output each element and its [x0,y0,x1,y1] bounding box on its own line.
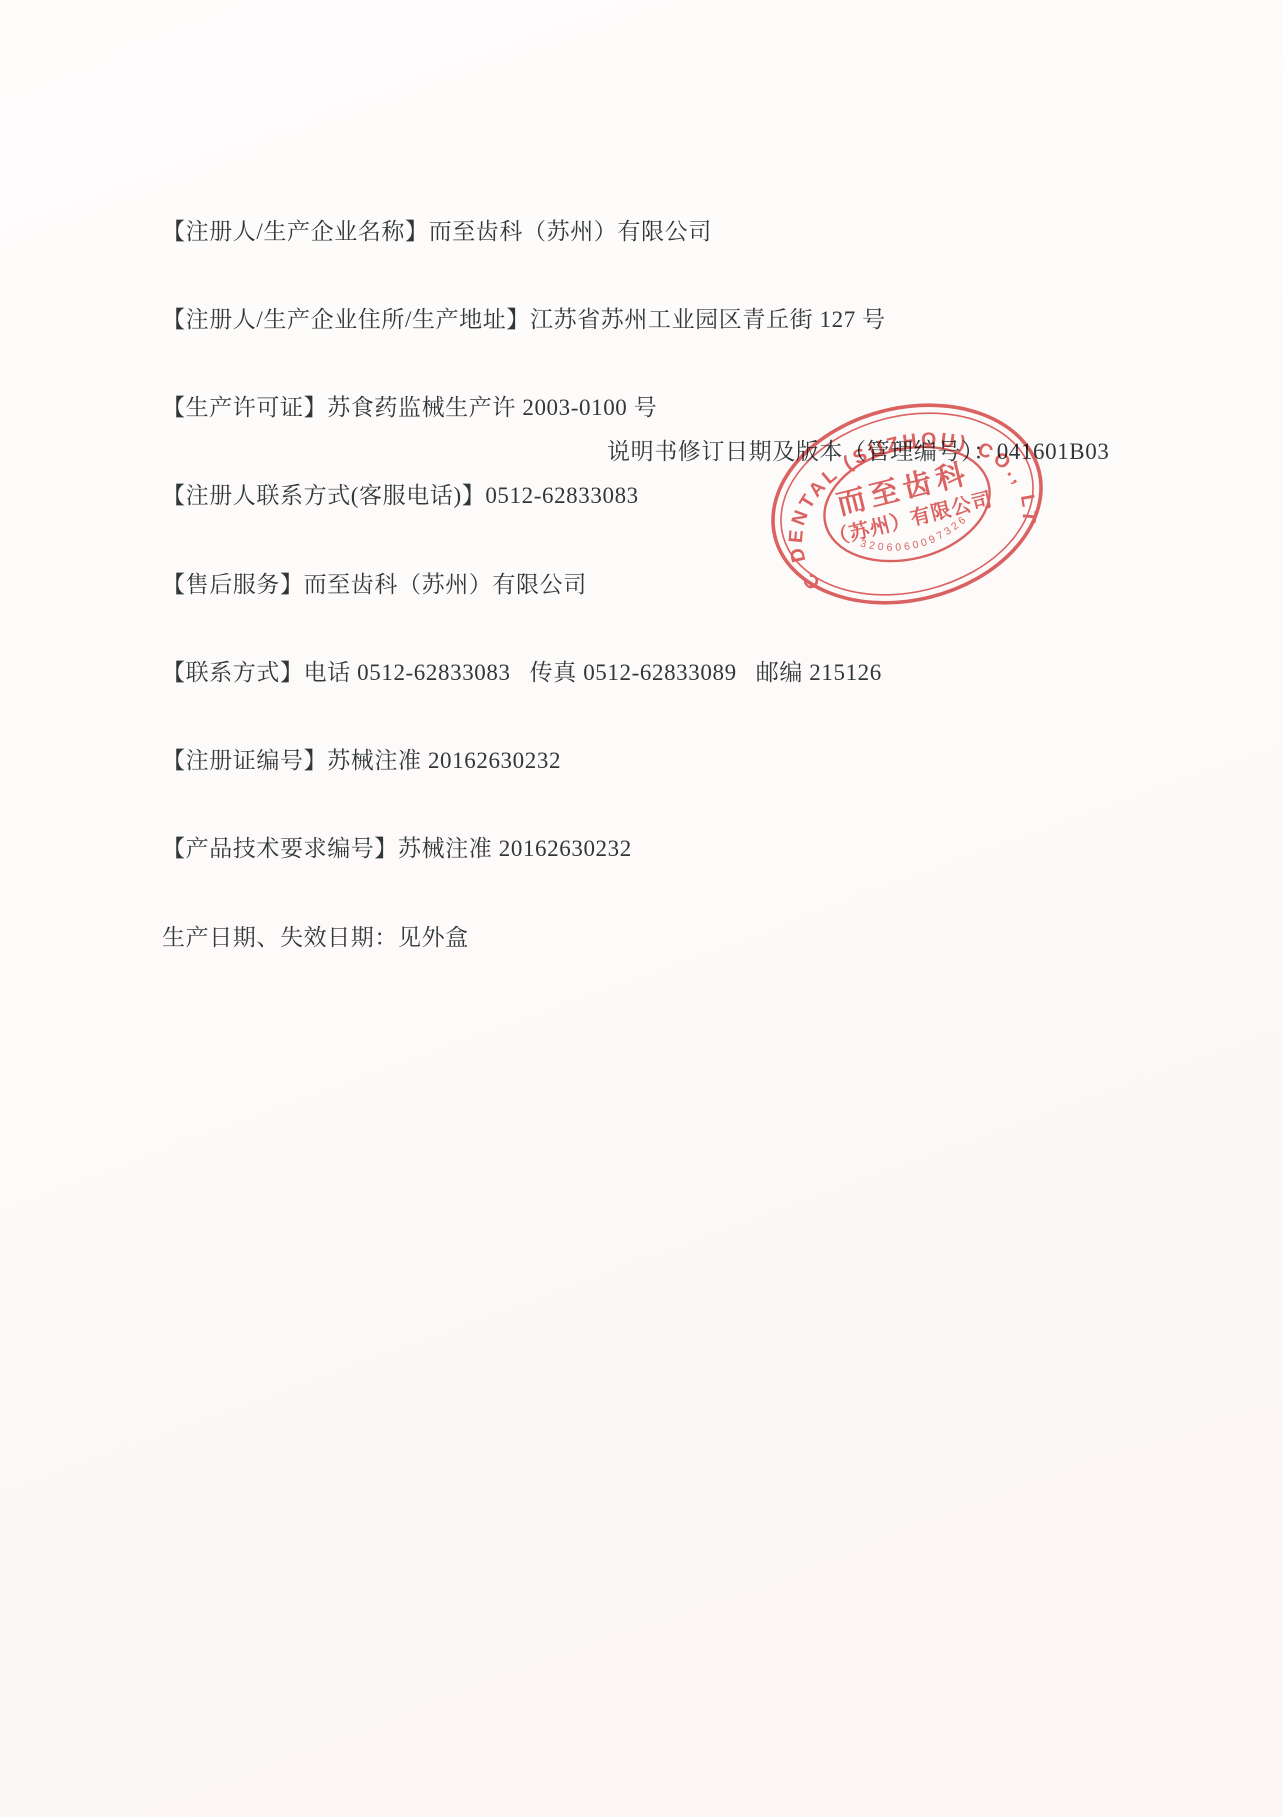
doc-line-registrant-address: 【注册人/生产企业住所/生产地址】江苏省苏州工业园区青丘街 127 号 [162,305,886,334]
doc-line-product-tech-requirement-number: 【产品技术要求编号】苏械注准 20162630232 [162,834,886,863]
document-page: 【注册人/生产企业名称】而至齿科（苏州）有限公司 【注册人/生产企业住所/生产地… [0,0,1283,1817]
doc-line-production-expiry-date: 生产日期、失效日期：见外盒 [162,923,886,952]
doc-line-registrant-name: 【注册人/生产企业名称】而至齿科（苏州）有限公司 [162,217,886,246]
doc-line-registration-cert-number: 【注册证编号】苏械注准 20162630232 [162,746,886,775]
doc-line-contact-info: 【联系方式】电话 0512-62833083 传真 0512-62833089 … [162,658,886,687]
